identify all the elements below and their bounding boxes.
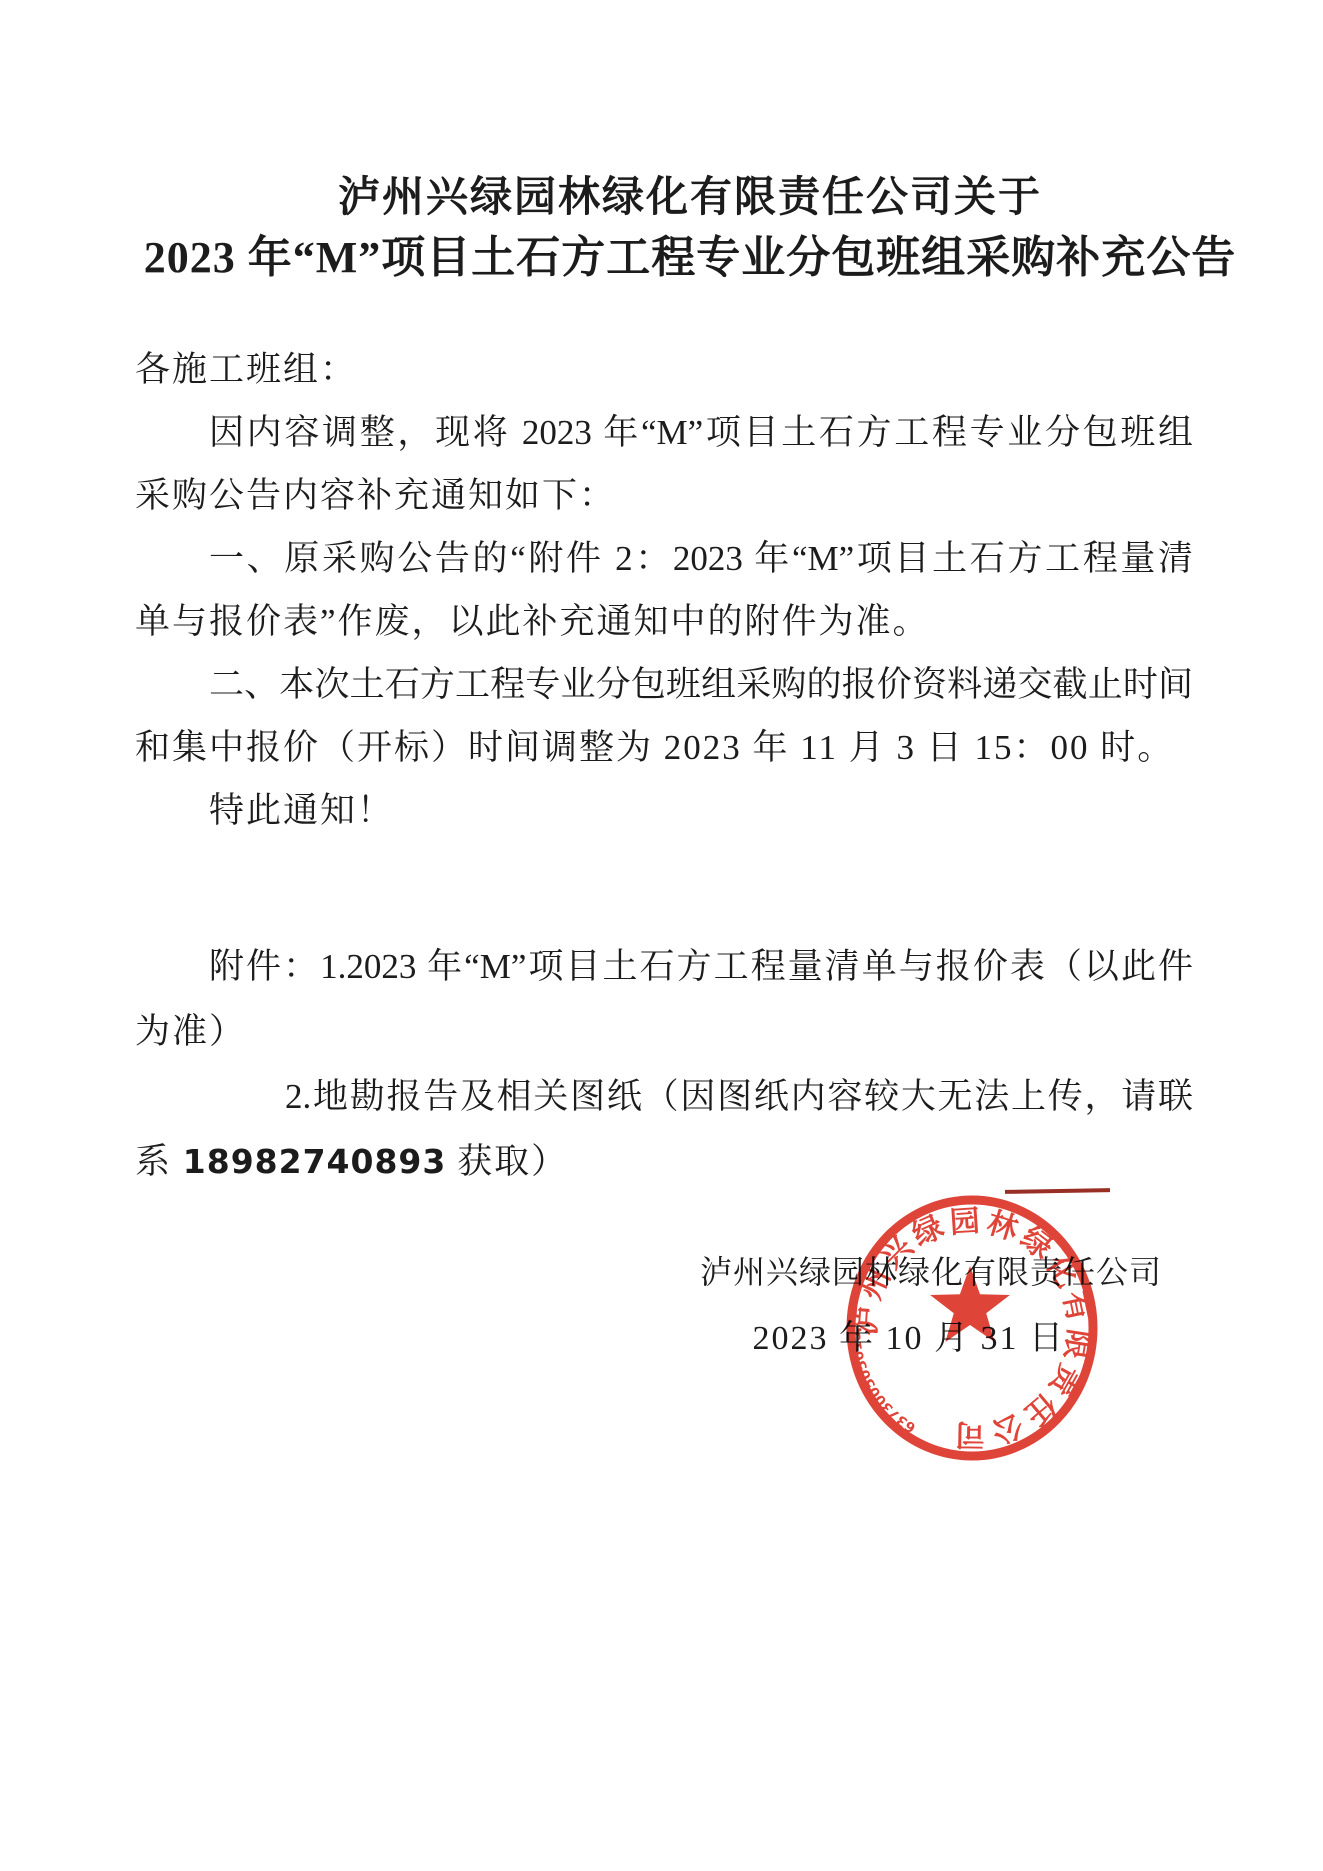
body-line: 因内容调整，现将 2023 年“M”项目土石方工程专业分包班组 [209,401,1193,464]
seal-serial-char: 3 [893,1411,910,1430]
body-line: 一、原采购公告的“附件 2：2023 年“M”项目土石方工程量清 [209,527,1193,590]
signature-company: 泸州兴绿园林绿化有限责任公司 [0,1240,1162,1304]
seal-serial-char: 5 [861,1375,880,1391]
seal-company-char: 园 [949,1204,981,1241]
document-title: 泸州兴绿园林绿化有限责任公司关于 2023 年“M”项目土石方工程专业分包班组采… [100,168,1280,288]
seal-serial-char: 0 [872,1391,891,1409]
notice-line: 特此通知！ [209,779,1193,842]
seal-company-char: 公 [987,1406,1027,1449]
signature-date: 2023 年 10 月 31 日 [0,1304,1065,1374]
seal-serial-char: 7 [886,1405,904,1423]
seal-serial-char: 0 [866,1383,885,1400]
seal-company-char: 司 [955,1416,986,1452]
attachment-line: 2.地勘报告及相关图纸（因图纸内容较大无法上传，请联 [285,1064,1193,1129]
seal-serial-char: 3 [878,1398,896,1416]
salutation-line: 各施工班组： [135,338,1193,401]
title-line-2: 2023 年“M”项目土石方工程专业分包班组采购补充公告 [100,228,1280,288]
attachment-line: 为准） [135,999,1193,1064]
attachment-line: 附件：1.2023 年“M”项目土石方工程量清单与报价表（以此件 [209,934,1193,999]
body-line: 单与报价表”作废，以此补充通知中的附件为准。 [135,590,1193,653]
phone-line-prefix: 系 [135,1142,183,1181]
phone-line-suffix: 获取） [446,1142,568,1181]
announcement-document: 泸州兴绿园林绿化有限责任公司关于 2023 年“M”项目土石方工程专业分包班组采… [0,0,1323,1871]
title-line-1: 泸州兴绿园林绿化有限责任公司关于 [100,168,1280,228]
document-body: 各施工班组： 因内容调整，现将 2023 年“M”项目土石方工程专业分包班组 采… [0,338,1323,842]
seal-company-char: 任 [1017,1386,1062,1432]
body-line: 二、本次土石方工程专业分包班组采购的报价资料递交截止时间 [209,653,1193,716]
body-line: 采购公告内容补充通知如下： [135,464,1193,527]
seal-serial-char: 6 [902,1417,919,1436]
contact-phone-number: 18982740893 [183,1142,447,1181]
attachment-phone-line: 系 18982740893 获取） [135,1129,1193,1194]
body-line: 和集中报价（开标）时间调整为 2023 年 11 月 3 日 15：00 时。 [135,716,1193,779]
attachment-section: 附件：1.2023 年“M”项目土石方工程量清单与报价表（以此件 为准） 2.地… [0,934,1323,1194]
